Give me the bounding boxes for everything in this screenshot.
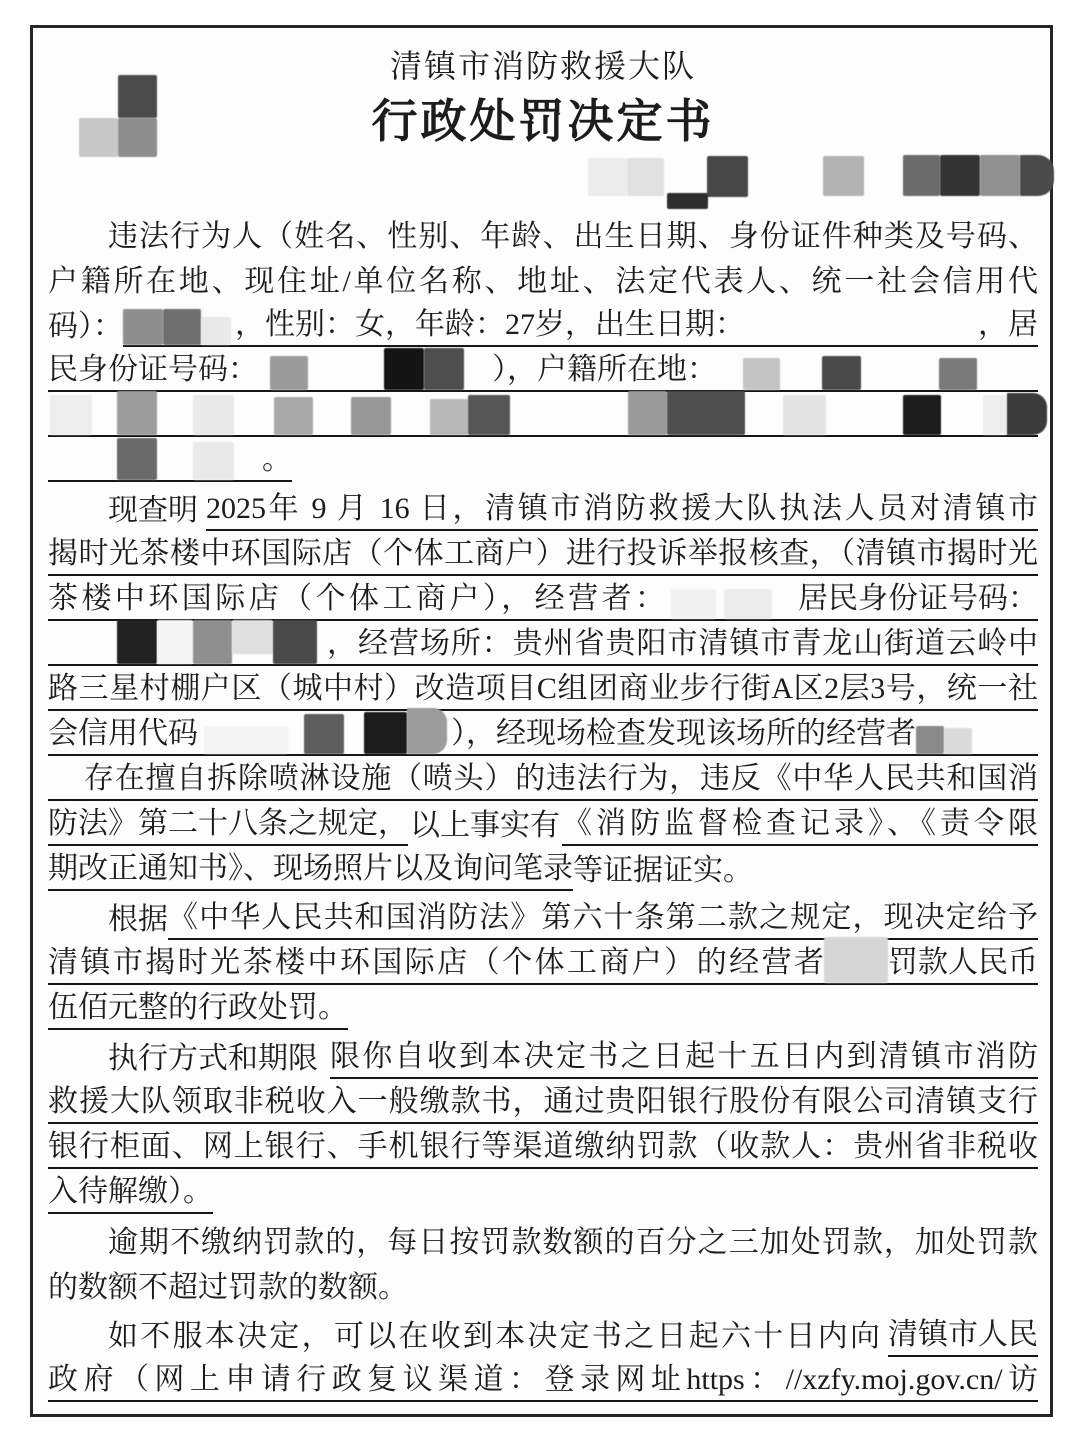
text-run: 防法》第二十八条之规定， — [48, 804, 408, 846]
text-run: ，居 — [978, 305, 1038, 345]
text-run: 根据 — [108, 900, 168, 940]
redaction-block — [201, 317, 231, 345]
underlined-group: ，性别：女，年龄：27岁，出生日期：，居 — [123, 305, 1038, 347]
doc-line — [48, 392, 1038, 437]
redaction-block — [724, 589, 772, 619]
text-run: 期改正通知书》、现场照片以及询问笔录 — [48, 849, 573, 891]
doc-line: 路三星村棚户区（城中村）改造项目C组团商业步行街A区2层3号，统一社 — [48, 666, 1038, 711]
text-run: 清镇市揭时光茶楼中环国际店（个体工商户）的经营者 — [48, 943, 824, 983]
document-page: 清镇市消防救援大队 行政处罚决定书 违法行为人（姓名、性别、年龄、出生日期、身份… — [30, 25, 1053, 1417]
redaction-block — [123, 309, 163, 345]
title-gap — [48, 154, 1038, 212]
text-run: ，性别：女，年龄：27岁，出生日期： — [235, 305, 745, 345]
redaction-block — [273, 620, 317, 664]
redaction-block — [424, 348, 464, 390]
doc-line: 存在擅自拆除喷淋设施（喷头）的违法行为，违反《中华人民共和国消 — [48, 756, 1038, 801]
doc-line: 现查明2025年 9 月 16 日，清镇市消防救援大队执法人员对清镇市 — [48, 486, 1038, 531]
doc-line: 码）：，性别：女，年龄：27岁，出生日期：，居 — [48, 302, 1038, 347]
doc-line: 清镇市揭时光茶楼中环国际店（个体工商户）的经营者罚款人民币 — [48, 940, 1038, 985]
doc-line: 逾期不缴纳罚款的，每日按罚款数额的百分之三加处罚款，加处罚款 — [48, 1218, 1038, 1263]
text-run: 执行方式和期限 — [108, 1039, 318, 1079]
doc-line: 如不服本决定，可以在收到本决定书之日起六十日内向清镇市人民 — [48, 1312, 1038, 1357]
redaction-block — [916, 726, 944, 754]
text-run: 民身份证号码： — [48, 350, 258, 390]
text-run: ），户籍所在地： — [492, 350, 717, 390]
doc-line: ，经营场所：贵州省贵阳市清镇市青龙山街道云岭中 — [48, 621, 1038, 666]
text-run: 存在擅自拆除喷淋设施（喷头）的违法行为，违反《中华人民共和国消 — [84, 759, 1038, 799]
text-run: 现查明 — [108, 491, 198, 531]
doc-lines: 违法行为人（姓名、性别、年龄、出生日期、身份证件种类及号码、户籍所在地、现住址/… — [48, 212, 1038, 1402]
doc-line: 会信用代码），经现场检查发现该场所的经营者 — [48, 711, 1038, 756]
redaction-block — [274, 397, 313, 435]
redaction-block — [193, 395, 234, 435]
doc-line: 民身份证号码：），户籍所在地： — [48, 347, 1038, 392]
text-run: 违法行为人（姓名、性别、年龄、出生日期、身份证件种类及号码、 — [108, 217, 1038, 257]
text-run: 清镇市人民 — [888, 1315, 1038, 1357]
text-run: ），经现场检查发现该场所的经营者 — [451, 714, 916, 754]
redaction-block — [204, 726, 288, 754]
text-run: 救援大队领取非税收入一般缴款书，通过贵阳银行股份有限公司清镇支行 — [48, 1082, 1038, 1122]
text-run: 户籍所在地、现住址/单位名称、地址、法定代表人、统一社会信用代 — [48, 262, 1038, 302]
text-run: 揭时光茶楼中环国际店（个体工商户）进行投诉举报核查，（清镇市揭时光 — [48, 534, 1038, 574]
text-run: 茶楼中环国际店（个体工商户），经营者： — [48, 579, 665, 619]
redaction-block — [903, 395, 941, 435]
text-run: 。 — [262, 440, 292, 480]
redaction-block — [157, 620, 193, 664]
redaction-block — [163, 309, 201, 345]
redaction-block — [983, 395, 1007, 435]
issuing-organization: 清镇市消防救援大队 — [48, 44, 1038, 88]
redaction-block — [193, 442, 234, 480]
document-content: 清镇市消防救援大队 行政处罚决定书 违法行为人（姓名、性别、年龄、出生日期、身份… — [33, 28, 1050, 1402]
doc-line: 期改正通知书》、现场照片以及询问笔录等证据证实。 — [48, 846, 1038, 891]
doc-line: 户籍所在地、现住址/单位名称、地址、法定代表人、统一社会信用代 — [48, 257, 1038, 302]
text-run: 政府（网上申请行政复议渠道：登录网址https：//xzfy.moj.gov.c… — [48, 1360, 1038, 1400]
redaction-block — [232, 620, 273, 654]
redaction-block — [667, 391, 745, 435]
doc-line: 违法行为人（姓名、性别、年龄、出生日期、身份证件种类及号码、 — [48, 212, 1038, 257]
redaction-block — [468, 395, 510, 435]
redaction-block — [743, 358, 780, 390]
redaction-block — [193, 620, 232, 664]
text-run: 限你自收到本决定书之日起十五日内到清镇市消防 — [330, 1037, 1038, 1079]
text-run: 路三星村棚户区（城中村）改造项目C组团商业步行街A区2层3号，统一社 — [48, 669, 1038, 709]
text-run: 码）： — [48, 307, 123, 347]
text-run: 居民身份证号码： — [798, 579, 1038, 619]
text-run: 逾期不缴纳罚款的，每日按罚款数额的百分之三加处罚款，加处罚款 — [108, 1223, 1038, 1263]
redaction-block — [939, 358, 977, 390]
doc-line: 根据《中华人民共和国消防法》第六十条第二款之规定，现决定给予 — [48, 895, 1038, 940]
redaction-block — [364, 712, 407, 754]
redaction-block — [351, 397, 391, 435]
doc-line: 银行柜面、网上银行、手机银行等渠道缴纳罚款（收款人：贵州省非税收 — [48, 1124, 1038, 1169]
doc-line: 入待解缴）。 — [48, 1169, 1038, 1214]
text-run: 2025年 9 月 16 日，清镇市消防救援大队执法人员对清镇市 — [206, 489, 1038, 531]
redaction-block — [117, 438, 157, 480]
text-run: 《消防监督检查记录》、《责令限 — [562, 804, 1038, 846]
redaction-block — [822, 356, 861, 390]
doc-line: 。 — [48, 437, 1038, 482]
redaction-block — [783, 395, 826, 435]
text-run: 会信用代码 — [48, 714, 198, 754]
redaction-block — [944, 728, 972, 754]
redaction-block — [117, 391, 157, 435]
text-run: 的数额不超过罚款的数额。 — [48, 1268, 408, 1308]
doc-line: 执行方式和期限限你自收到本决定书之日起十五日内到清镇市消防 — [48, 1034, 1038, 1079]
doc-line: 伍佰元整的行政处罚。 — [48, 985, 1038, 1030]
redaction-block — [628, 391, 667, 435]
redaction-block — [117, 620, 157, 664]
doc-line: 政府（网上申请行政复议渠道：登录网址https：//xzfy.moj.gov.c… — [48, 1357, 1038, 1402]
text-run: 《中华人民共和国消防法》第六十条第二款之规定，现决定给予 — [168, 898, 1038, 940]
text-run: 如不服本决定，可以在收到本决定书之日起六十日内向 — [108, 1317, 880, 1357]
text-run: 等证据证实。 — [573, 851, 753, 891]
doc-line: 救援大队领取非税收入一般缴款书，通过贵阳银行股份有限公司清镇支行 — [48, 1079, 1038, 1124]
redaction-block — [270, 356, 308, 390]
doc-line: 防法》第二十八条之规定，以上事实有《消防监督检查记录》、《责令限 — [48, 801, 1038, 846]
text-run: ，经营场所：贵州省贵阳市清镇市青龙山街道云岭中 — [327, 624, 1038, 664]
text-run: 入待解缴）。 — [48, 1172, 213, 1214]
redaction-block — [407, 708, 447, 754]
document-title: 行政处罚决定书 — [48, 90, 1038, 154]
redaction-block — [384, 348, 424, 390]
redaction-block — [824, 937, 888, 983]
underlined-group: 。 — [48, 438, 292, 482]
text-run: 银行柜面、网上银行、手机银行等渠道缴纳罚款（收款人：贵州省非税收 — [48, 1127, 1038, 1167]
redaction-block — [304, 714, 344, 754]
text-run: 以上事实有 — [410, 806, 560, 846]
screenshot-root: { "header": { "organization": "清镇市消防救援大队… — [0, 0, 1080, 1436]
doc-line: 揭时光茶楼中环国际店（个体工商户）进行投诉举报核查，（清镇市揭时光 — [48, 531, 1038, 576]
redaction-block — [1007, 393, 1047, 435]
redaction-block — [671, 589, 716, 619]
doc-line: 茶楼中环国际店（个体工商户），经营者：居民身份证号码： — [48, 576, 1038, 621]
doc-line: 的数额不超过罚款的数额。 — [48, 1263, 1038, 1308]
redaction-block — [430, 399, 468, 435]
text-run: 罚款人民币 — [888, 943, 1038, 983]
text-run: 伍佰元整的行政处罚。 — [48, 988, 348, 1030]
redaction-block — [50, 395, 92, 435]
